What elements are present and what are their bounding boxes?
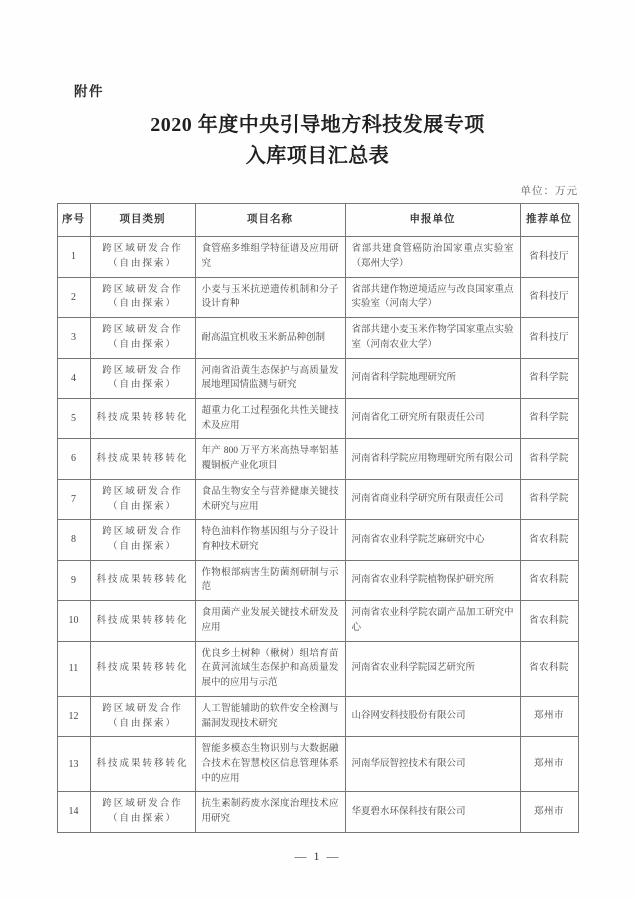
cell-no: 14: [57, 792, 90, 832]
page-number: — 1 —: [0, 849, 635, 864]
cell-category: 跨区域研发合作 （自由探索）: [90, 318, 195, 358]
cell-applicant: 山谷网安科技股份有限公司: [345, 696, 520, 736]
doc-title-line-2: 入库项目汇总表: [0, 141, 635, 172]
cell-no: 1: [57, 237, 90, 277]
cell-category: 科技成果转移转化: [90, 601, 195, 641]
cell-no: 9: [57, 560, 90, 600]
table-row: 3 跨区域研发合作 （自由探索） 耐高温宜机收玉米新品种创制 省部共建小麦玉米作…: [57, 318, 578, 358]
document-page: 附件 2020 年度中央引导地方科技发展专项 入库项目汇总表 单位：万元 序号 …: [0, 0, 635, 900]
cell-category: 科技成果转移转化: [90, 641, 195, 696]
cell-name: 人工智能辅助的软件安全检测与漏洞发现技术研究: [195, 696, 345, 736]
cell-no: 2: [57, 277, 90, 317]
cell-no: 13: [57, 737, 90, 792]
cell-recommender: 省科技厅: [520, 277, 578, 317]
cell-name: 食品生物安全与营养健康关键技术研究与应用: [195, 479, 345, 519]
cell-no: 5: [57, 399, 90, 439]
cell-name: 小麦与玉米抗逆遗传机制和分子设计育种: [195, 277, 345, 317]
cell-category: 跨区域研发合作 （自由探索）: [90, 696, 195, 736]
header-cell-applicant: 申报单位: [345, 204, 520, 237]
header-cell-name: 项目名称: [195, 204, 345, 237]
cell-applicant: 河南省农业科学院园艺研究所: [345, 641, 520, 696]
cell-no: 3: [57, 318, 90, 358]
cell-no: 12: [57, 696, 90, 736]
cell-category: 跨区域研发合作 （自由探索）: [90, 520, 195, 560]
header-cell-no: 序号: [57, 204, 90, 237]
table-row: 2 跨区域研发合作 （自由探索） 小麦与玉米抗逆遗传机制和分子设计育种 省部共建…: [57, 277, 578, 317]
cell-no: 11: [57, 641, 90, 696]
table-row: 5 科技成果转移转化 超重力化工过程强化共性关键技术及应用 河南省化工研究所有限…: [57, 399, 578, 439]
cell-name: 河南省沿黄生态保护与高质量发展地理国情监测与研究: [195, 358, 345, 398]
table-row: 13 科技成果转移转化 智能多模态生物识别与大数据融合技术在智慧校区信息管理体系…: [57, 737, 578, 792]
cell-recommender: 郑州市: [520, 792, 578, 832]
cell-recommender: 郑州市: [520, 737, 578, 792]
cell-applicant: 河南省农业科学院农副产品加工研究中心: [345, 601, 520, 641]
cell-recommender: 省科技厅: [520, 318, 578, 358]
table-row: 9 科技成果转移转化 作物根部病害生防菌剂研制与示范 河南省农业科学院植物保护研…: [57, 560, 578, 600]
table-row: 1 跨区域研发合作 （自由探索） 食管癌多维组学特征谱及应用研究 省部共建食管癌…: [57, 237, 578, 277]
cell-no: 8: [57, 520, 90, 560]
cell-recommender: 郑州市: [520, 696, 578, 736]
cell-name: 智能多模态生物识别与大数据融合技术在智慧校区信息管理体系中的应用: [195, 737, 345, 792]
cell-category: 跨区域研发合作 （自由探索）: [90, 237, 195, 277]
cell-recommender: 省农科院: [520, 641, 578, 696]
cell-recommender: 省科学院: [520, 399, 578, 439]
cell-no: 7: [57, 479, 90, 519]
cell-category: 科技成果转移转化: [90, 439, 195, 479]
cell-applicant: 河南省农业科学院芝麻研究中心: [345, 520, 520, 560]
table-row: 14 跨区域研发合作 （自由探索） 抗生素制药废水深度治理技术应用研究 华夏碧水…: [57, 792, 578, 832]
cell-recommender: 省农科院: [520, 560, 578, 600]
cell-recommender: 省科学院: [520, 358, 578, 398]
doc-title: 2020 年度中央引导地方科技发展专项 入库项目汇总表: [0, 110, 635, 172]
cell-applicant: 华夏碧水环保科技有限公司: [345, 792, 520, 832]
cell-no: 4: [57, 358, 90, 398]
table-row: 7 跨区域研发合作 （自由探索） 食品生物安全与营养健康关键技术研究与应用 河南…: [57, 479, 578, 519]
cell-name: 优良乡土树种（楸树）组培育苗在黄河流域生态保护和高质量发展中的应用与示范: [195, 641, 345, 696]
header-cell-category: 项目类别: [90, 204, 195, 237]
unit-note: 单位：万元: [57, 183, 578, 198]
cell-applicant: 省部共建小麦玉米作物学国家重点实验室（河南农业大学）: [345, 318, 520, 358]
cell-category: 科技成果转移转化: [90, 399, 195, 439]
table-header: 序号 项目类别 项目名称 申报单位 推荐单位: [57, 204, 578, 237]
cell-applicant: 河南华辰智控技术有限公司: [345, 737, 520, 792]
cell-recommender: 省农科院: [520, 520, 578, 560]
cell-applicant: 河南省商业科学研究所有限责任公司: [345, 479, 520, 519]
cell-name: 食用菌产业发展关键技术研发及应用: [195, 601, 345, 641]
cell-category: 跨区域研发合作 （自由探索）: [90, 277, 195, 317]
cell-applicant: 河南省科学院应用物理研究所有限公司: [345, 439, 520, 479]
projects-table: 序号 项目类别 项目名称 申报单位 推荐单位 1 跨区域研发合作 （自由探索） …: [57, 203, 579, 833]
cell-name: 抗生素制药废水深度治理技术应用研究: [195, 792, 345, 832]
cell-recommender: 省农科院: [520, 601, 578, 641]
table-row: 11 科技成果转移转化 优良乡土树种（楸树）组培育苗在黄河流域生态保护和高质量发…: [57, 641, 578, 696]
table-row: 6 科技成果转移转化 年产 800 万平方米高热导率铝基覆铜板产业化项目 河南省…: [57, 439, 578, 479]
cell-category: 跨区域研发合作 （自由探索）: [90, 358, 195, 398]
cell-name: 食管癌多维组学特征谱及应用研究: [195, 237, 345, 277]
cell-name: 超重力化工过程强化共性关键技术及应用: [195, 399, 345, 439]
cell-recommender: 省科学院: [520, 479, 578, 519]
cell-name: 耐高温宜机收玉米新品种创制: [195, 318, 345, 358]
cell-category: 科技成果转移转化: [90, 737, 195, 792]
cell-no: 6: [57, 439, 90, 479]
table-body: 1 跨区域研发合作 （自由探索） 食管癌多维组学特征谱及应用研究 省部共建食管癌…: [57, 237, 578, 833]
cell-applicant: 河南省科学院地理研究所: [345, 358, 520, 398]
table-row: 8 跨区域研发合作 （自由探索） 特色油料作物基因组与分子设计育种技术研究 河南…: [57, 520, 578, 560]
cell-no: 10: [57, 601, 90, 641]
cell-applicant: 河南省农业科学院植物保护研究所: [345, 560, 520, 600]
cell-category: 跨区域研发合作 （自由探索）: [90, 792, 195, 832]
cell-applicant: 河南省化工研究所有限责任公司: [345, 399, 520, 439]
cell-name: 特色油料作物基因组与分子设计育种技术研究: [195, 520, 345, 560]
table-row: 12 跨区域研发合作 （自由探索） 人工智能辅助的软件安全检测与漏洞发现技术研究…: [57, 696, 578, 736]
header-cell-recommender: 推荐单位: [520, 204, 578, 237]
doc-title-line-1: 2020 年度中央引导地方科技发展专项: [0, 110, 635, 141]
table-row: 10 科技成果转移转化 食用菌产业发展关键技术研发及应用 河南省农业科学院农副产…: [57, 601, 578, 641]
cell-category: 跨区域研发合作 （自由探索）: [90, 479, 195, 519]
cell-name: 年产 800 万平方米高热导率铝基覆铜板产业化项目: [195, 439, 345, 479]
cell-recommender: 省科技厅: [520, 237, 578, 277]
cell-applicant: 省部共建食管癌防治国家重点实验室（郑州大学）: [345, 237, 520, 277]
cell-recommender: 省科学院: [520, 439, 578, 479]
cell-name: 作物根部病害生防菌剂研制与示范: [195, 560, 345, 600]
attachment-label: 附件: [74, 80, 635, 100]
cell-category: 科技成果转移转化: [90, 560, 195, 600]
cell-applicant: 省部共建作物逆境适应与改良国家重点实验室（河南大学）: [345, 277, 520, 317]
table-row: 4 跨区域研发合作 （自由探索） 河南省沿黄生态保护与高质量发展地理国情监测与研…: [57, 358, 578, 398]
table-header-row: 序号 项目类别 项目名称 申报单位 推荐单位: [57, 204, 578, 237]
